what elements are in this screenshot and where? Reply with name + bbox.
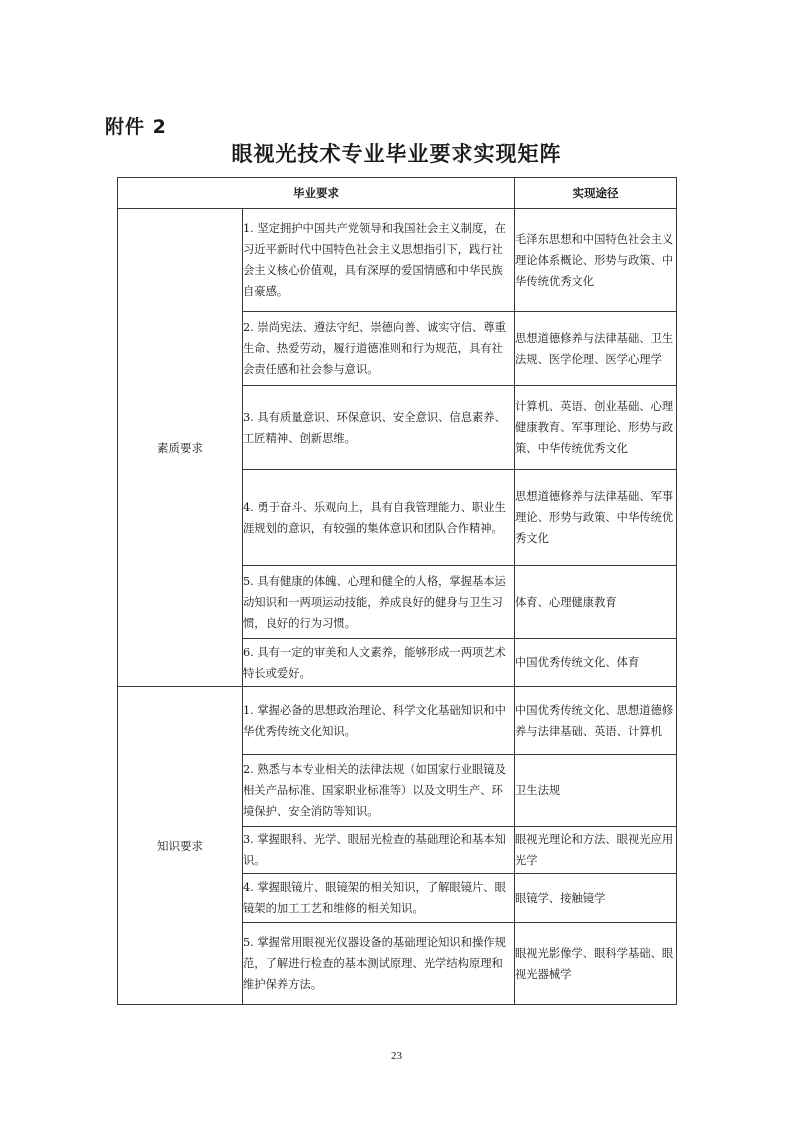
category-knowledge: 知识要求: [118, 687, 243, 1005]
requirement-cell: 4. 勇于奋斗、乐观向上，具有自我管理能力、职业生涯规划的意识，有较强的集体意识…: [243, 470, 515, 566]
table-header-row: 毕业要求 实现途径: [118, 178, 677, 209]
requirement-cell: 3. 掌握眼科、光学、眼屈光检查的基础理论和基本知识。: [243, 827, 515, 874]
requirement-cell: 1. 坚定拥护中国共产党领导和我国社会主义制度，在习近平新时代中国特色社会主义思…: [243, 209, 515, 312]
path-cell: 思想道德修养与法律基础、军事理论、形势与政策、中华传统优秀文化: [515, 470, 677, 566]
requirement-cell: 5. 掌握常用眼视光仪器设备的基础理论知识和操作规范，了解进行检查的基本测试原理…: [243, 923, 515, 1005]
requirement-cell: 4. 掌握眼镜片、眼镜架的相关知识，了解眼镜片、眼镜架的加工工艺和维修的相关知识…: [243, 874, 515, 923]
path-cell: 计算机、英语、创业基础、心理健康教育、军事理论、形势与政策、中华传统优秀文化: [515, 386, 677, 470]
path-cell: 卫生法规: [515, 755, 677, 827]
path-cell: 思想道德修养与法律基础、卫生法规、医学伦理、医学心理学: [515, 312, 677, 386]
page-number: 23: [0, 1050, 793, 1062]
path-cell: 眼镜学、接触镜学: [515, 874, 677, 923]
annex-label: 附件 2: [105, 112, 167, 139]
requirement-cell: 5. 具有健康的体魄、心理和健全的人格，掌握基本运动知识和一两项运动技能，养成良…: [243, 566, 515, 639]
graduation-requirements-matrix: 毕业要求 实现途径 素质要求 1. 坚定拥护中国共产党领导和我国社会主义制度，在…: [117, 177, 677, 1005]
requirement-cell: 6. 具有一定的审美和人文素养，能够形成一两项艺术特长或爱好。: [243, 639, 515, 687]
path-cell: 眼视光理论和方法、眼视光应用光学: [515, 827, 677, 874]
requirement-cell: 2. 崇尚宪法、遵法守纪、崇德向善、诚实守信、尊重生命、热爱劳动，履行道德准则和…: [243, 312, 515, 386]
path-cell: 中国优秀传统文化、体育: [515, 639, 677, 687]
requirement-cell: 2. 熟悉与本专业相关的法律法规（如国家行业眼镜及相关产品标准、国家职业标准等）…: [243, 755, 515, 827]
page-title: 眼视光技术专业毕业要求实现矩阵: [0, 138, 793, 168]
requirement-cell: 3. 具有质量意识、环保意识、安全意识、信息素养、工匠精神、创新思维。: [243, 386, 515, 470]
category-quality: 素质要求: [118, 209, 243, 687]
table-row: 知识要求 1. 掌握必备的思想政治理论、科学文化基础知识和中华优秀传统文化知识。…: [118, 687, 677, 755]
path-cell: 毛泽东思想和中国特色社会主义理论体系概论、形势与政策、中华传统优秀文化: [515, 209, 677, 312]
requirement-cell: 1. 掌握必备的思想政治理论、科学文化基础知识和中华优秀传统文化知识。: [243, 687, 515, 755]
path-cell: 体育、心理健康教育: [515, 566, 677, 639]
table-row: 素质要求 1. 坚定拥护中国共产党领导和我国社会主义制度，在习近平新时代中国特色…: [118, 209, 677, 312]
header-path: 实现途径: [515, 178, 677, 209]
header-requirement: 毕业要求: [118, 178, 515, 209]
path-cell: 中国优秀传统文化、思想道德修养与法律基础、英语、计算机: [515, 687, 677, 755]
path-cell: 眼视光影像学、眼科学基础、眼视光器械学: [515, 923, 677, 1005]
